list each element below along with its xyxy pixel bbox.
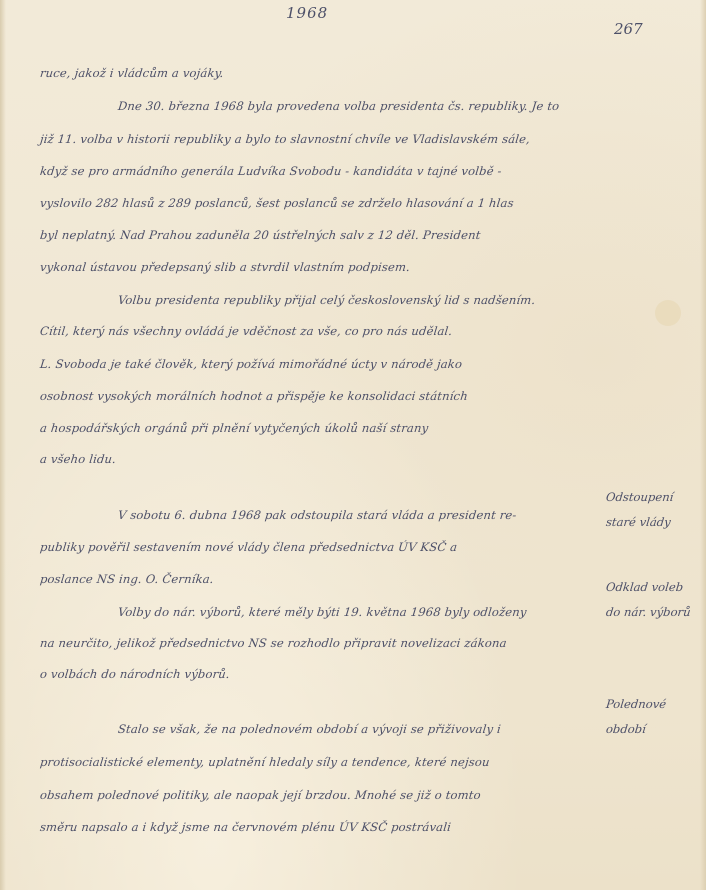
text-line: obsahem polednové politiky, ale naopak j… — [39, 788, 481, 802]
text-line: již 11. volba v historii republiky a byl… — [39, 132, 530, 146]
text-line: Dne 30. března 1968 byla provedena volba… — [117, 99, 560, 113]
text-line: Volby do nár. výborů, které měly býti 19… — [117, 605, 527, 619]
text-line: o volbách do národních výborů. — [39, 667, 230, 681]
margin-note-elections: do nár. výborů — [605, 605, 691, 619]
margin-note-government: staré vlády — [605, 515, 671, 529]
margin-note-period: Polednové — [605, 697, 667, 711]
text-line: L. Svoboda je také člověk, který požívá … — [39, 357, 463, 371]
text-line: Cítil, který nás všechny ovládá je vděčn… — [39, 324, 453, 338]
page-number: 267 — [614, 20, 643, 38]
text-line: ruce, jakož i vládcům a vojáky. — [39, 66, 224, 80]
margin-note-elections: Odklad voleb — [605, 580, 684, 594]
page-header-year: 1968 — [286, 4, 328, 22]
text-line: a hospodářských orgánů při plnění vytyče… — [39, 421, 429, 435]
text-line: vykonal ústavou předepsaný slib a stvrdi… — [39, 260, 410, 274]
text-line: publiky pověřil sestavením nové vlády čl… — [39, 540, 458, 554]
text-line: Volbu presidenta republiky přijal celý č… — [117, 293, 536, 307]
text-line: Stalo se však, že na polednovém období a… — [117, 722, 501, 736]
margin-note-government: Odstoupení — [605, 490, 674, 504]
text-line: protisocialistické elementy, uplatnění h… — [39, 755, 490, 769]
text-line: a všeho lidu. — [39, 452, 117, 466]
text-line: vyslovilo 282 hlasů z 289 poslanců, šest… — [39, 196, 514, 210]
paper-stain — [655, 300, 681, 326]
text-line: když se pro armádního generála Ludvíka S… — [39, 164, 502, 178]
text-line: poslance NS ing. O. Černíka. — [39, 572, 214, 586]
text-line: na neurčito, jelikož předsednictvo NS se… — [39, 636, 507, 650]
text-line: byl neplatný. Nad Prahou zaduněla 20 úst… — [39, 228, 481, 242]
text-line: V sobotu 6. dubna 1968 pak odstoupila st… — [117, 508, 517, 522]
text-line: osobnost vysokých morálních hodnot a při… — [39, 389, 468, 403]
text-line: směru napsalo a i když jsme na červnovém… — [39, 820, 451, 834]
margin-note-period: období — [605, 722, 646, 736]
chronicle-page: 1968 267 ruce, jakož i vládcům a vojáky.… — [0, 0, 706, 890]
